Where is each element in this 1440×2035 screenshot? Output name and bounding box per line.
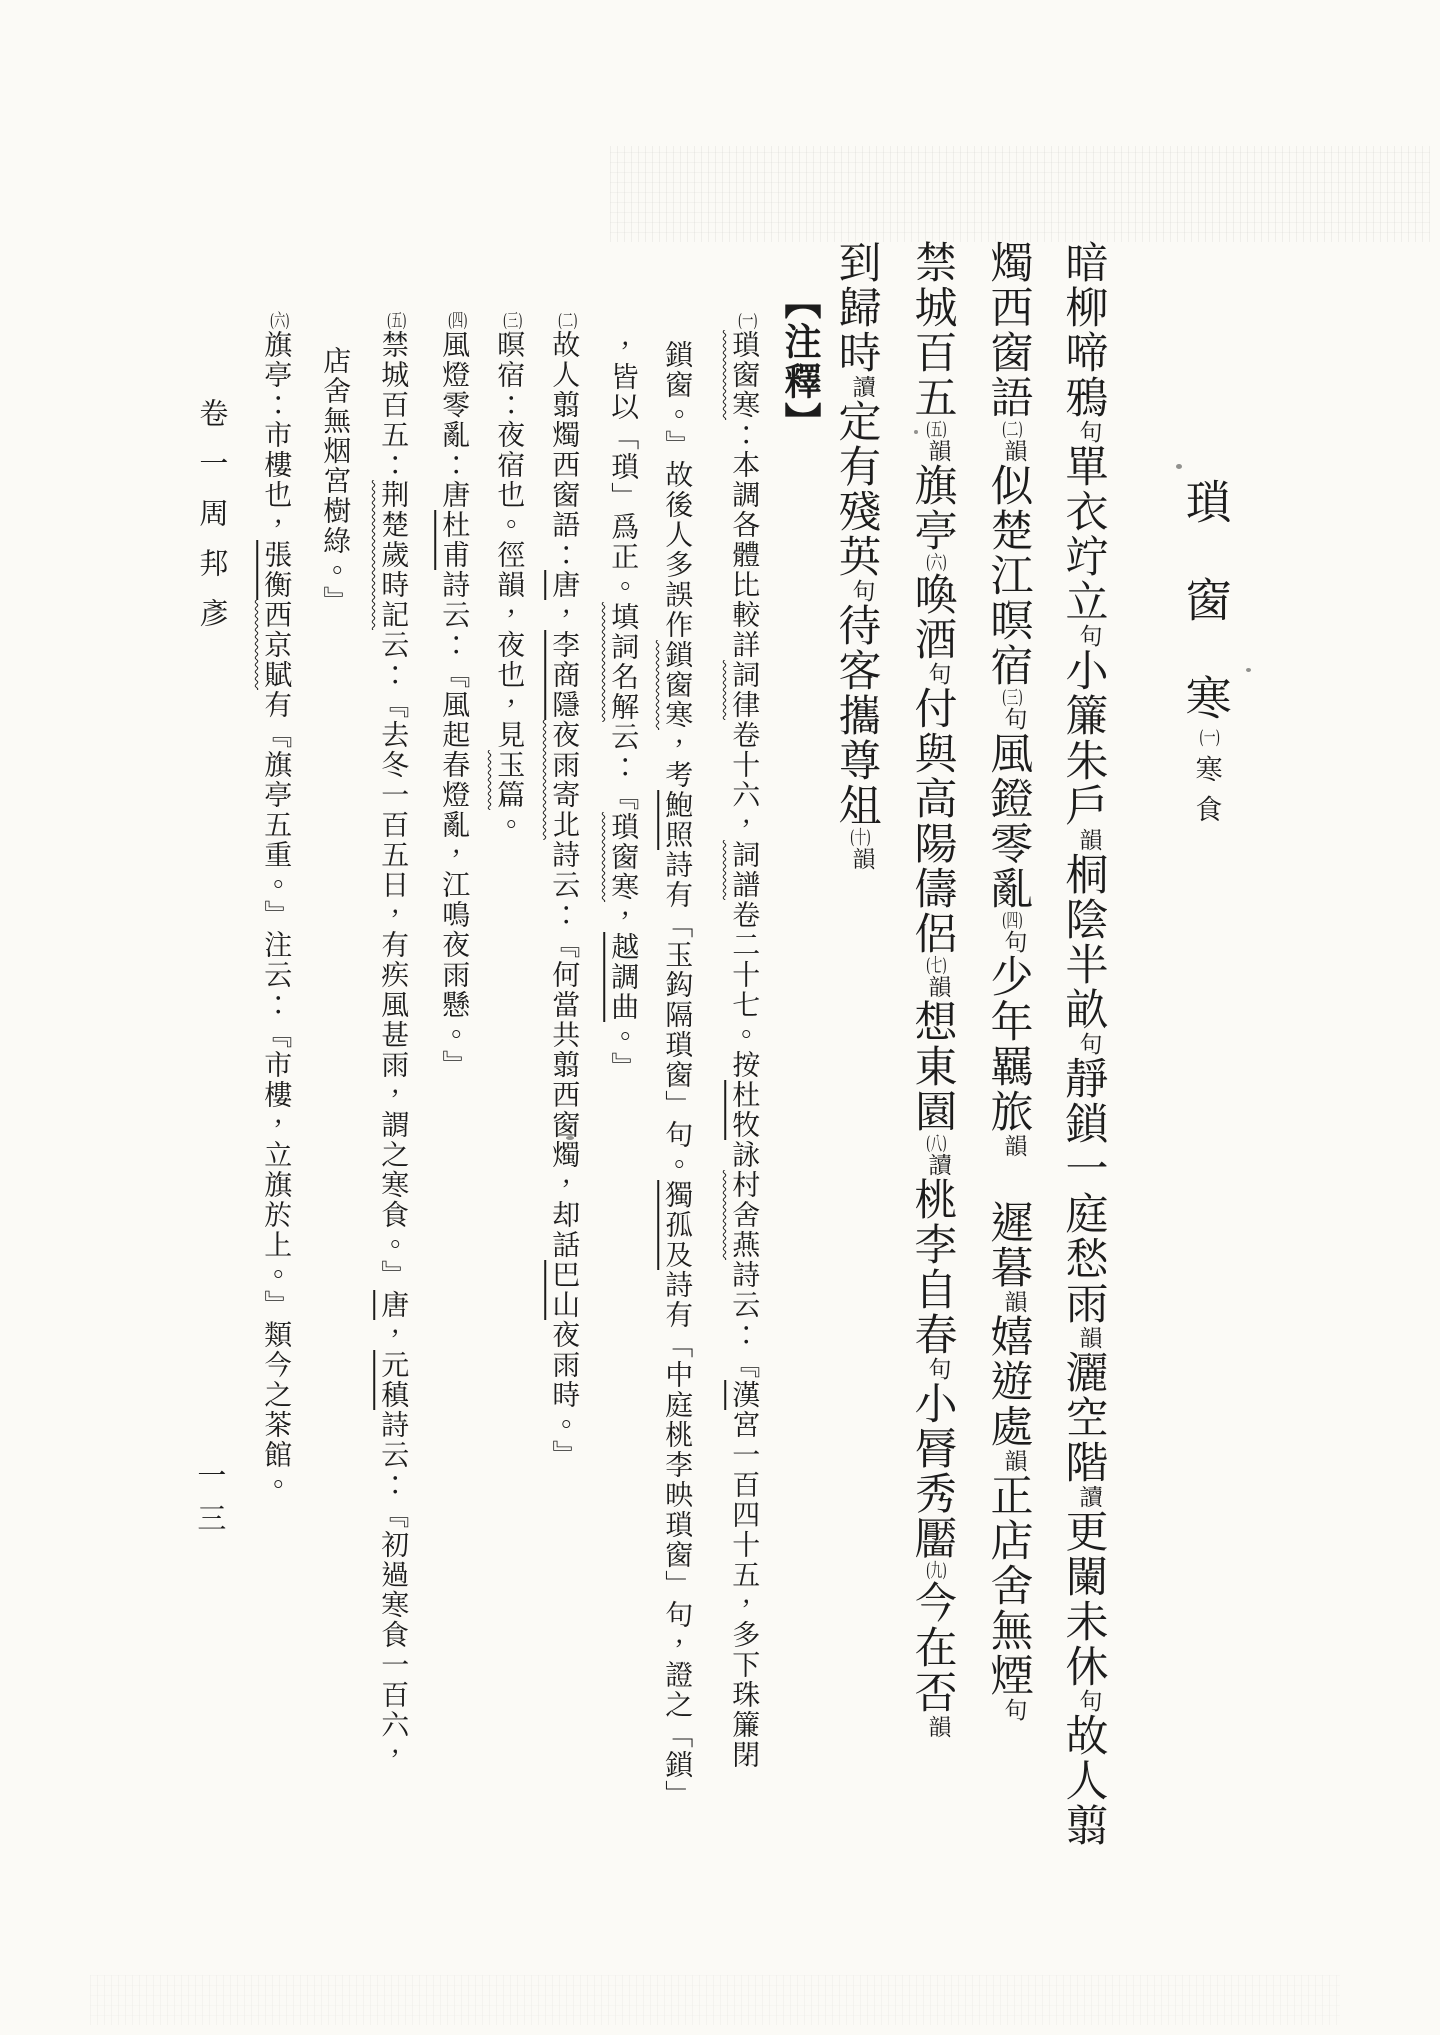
text-run: ， <box>607 902 640 932</box>
text-run: 燭西窗語 <box>983 240 1033 420</box>
footnote-ref: (四) <box>447 312 468 330</box>
text-run: 遲暮 <box>983 1200 1033 1290</box>
note-column-4: (二)故人翦燭西窗語：唐，李商隱夜雨寄北詩云：『何當共翦西窗燭，却話巴山夜雨時。… <box>549 312 579 1470</box>
prosody-annotation: 韻 <box>924 1715 950 1739</box>
note-column-5: (三)暝宿：夜宿也。徑韻，夜也，見玉篇。 <box>494 312 524 840</box>
prosody-annotation: 句 <box>1000 707 1026 731</box>
note-column-3: ，皆以「瑣」爲正。填詞名解云：『瑣窗寒，越調曲。』 <box>608 332 638 1082</box>
text-run: 似楚江暝宿 <box>983 463 1033 688</box>
text-run: 小簾朱戶 <box>1058 648 1108 828</box>
scan-artifact <box>610 146 1430 242</box>
text-run: 風燈零亂：唐 <box>438 330 471 510</box>
proper-name-run: 李商隱 <box>548 630 581 720</box>
text-run: 禁城百五： <box>377 330 410 480</box>
text-run: 風鐙零亂 <box>983 731 1033 911</box>
prosody-annotation: 韻 <box>848 847 874 871</box>
note-column-9: (六)旗亭：市樓也，張衡西京賦有『旗亭五重。』注云：『市樓，立旗於上。』類今之茶… <box>261 312 291 1500</box>
text-run: 今在否 <box>907 1580 957 1715</box>
footnote-ref: (四) <box>1001 911 1023 930</box>
title-footnote-ref: (一) <box>1199 728 1221 747</box>
title-subtitle: 寒食 <box>1191 755 1222 835</box>
author-label: 周邦彥 <box>195 498 229 648</box>
volume-label: 卷一 <box>195 398 229 498</box>
text-run: 店舍無烟宮樹綠。』 <box>319 346 352 616</box>
note-column-2: 鎖窗。』故後人多誤作鎖窗寒，考鮑照詩有「玉鈎隔瑣窗」句。獨孤及詩有「中庭桃李映瑣… <box>662 340 692 1810</box>
text-run: 禁城百五 <box>907 240 957 420</box>
prosody-annotation: 韻 <box>1000 439 1026 463</box>
book-title-run: 詞譜 <box>728 840 761 900</box>
prosody-annotation: 讀 <box>848 375 874 399</box>
text-run: ，皆以「瑣」爲正。 <box>607 332 640 602</box>
text-run: 喚酒 <box>907 572 957 662</box>
text-run: ，考 <box>661 730 694 790</box>
text-run: 到歸時 <box>831 240 881 375</box>
text-run: 故人翦燭西窗語： <box>548 330 581 570</box>
text-run: 嬉遊處 <box>983 1314 1033 1449</box>
proper-name-run: 元稹 <box>377 1350 410 1410</box>
notes-section-header: 【注釋】 <box>779 282 819 442</box>
footnote-ref: (二) <box>557 312 578 330</box>
text-run: 故人翦 <box>1058 1713 1108 1848</box>
prosody-annotation: 讀 <box>1075 1485 1101 1509</box>
proper-name-run: 杜牧 <box>728 1080 761 1140</box>
footnote-ref: (八) <box>925 1134 947 1153</box>
text-run: 待客攜尊俎 <box>831 603 881 828</box>
prosody-annotation: 韻 <box>1000 1134 1026 1158</box>
text-run: 少年羈旅 <box>983 954 1033 1134</box>
proper-name-run: 唐 <box>548 570 581 600</box>
text-run: 宮一百四十五，多下珠簾閉 <box>728 1410 761 1770</box>
proper-name-run: 巴山 <box>548 1260 581 1320</box>
book-title-run: 夜雨寄北 <box>548 720 581 840</box>
book-title-run: 詞律 <box>728 660 761 720</box>
poem-column-3: 禁城百五(五)韻旗亭(六)喚酒句付與高陽儔侶(七)韻想東園(八)讀桃李自春句小脣… <box>909 240 955 1739</box>
text-run: 夜雨時。』 <box>548 1320 581 1470</box>
prosody-annotation: 韻 <box>1075 828 1101 852</box>
footnote-ref: (六) <box>269 312 290 330</box>
text-run: 有『旗亭五重。』注云：『市樓，立旗於上。』類今之茶館。 <box>260 690 293 1500</box>
page-number: 一三 <box>194 1460 225 1546</box>
footnote-ref: (五) <box>386 312 407 330</box>
book-title-run: 瑣窗寒 <box>607 812 640 902</box>
prosody-annotation: 句 <box>1000 930 1026 954</box>
text-run: 想東園 <box>907 999 957 1134</box>
prosody-annotation: 句 <box>1075 420 1101 444</box>
text-run: ：本調各體比較詳 <box>728 420 761 660</box>
text-run: 詩云：『初過寒食一百六， <box>377 1410 410 1770</box>
text-run: 詠 <box>728 1140 761 1170</box>
prosody-annotation: 韻 <box>1000 1449 1026 1473</box>
text-run: 桐陰半畝 <box>1058 852 1108 1032</box>
text-run: 定有殘英 <box>831 399 881 579</box>
footnote-ref: (九) <box>925 1561 947 1580</box>
text-run: 。』 <box>607 1022 640 1082</box>
scan-artifact <box>90 1975 1340 2025</box>
note-column-7: (五)禁城百五：荆楚歲時記云：『去冬一百五日，有疾風甚雨，謂之寒食。』唐，元稹詩… <box>378 312 408 1770</box>
book-title-run: 西京賦 <box>260 600 293 690</box>
page: 瑣窗寒(一)寒食 暗柳啼鴉句單衣竚立句小簾朱戶韻桐陰半畝句靜鎖一庭愁雨韻灑空階讀… <box>0 0 1440 2035</box>
footnote-ref: (一) <box>737 312 758 330</box>
poem-column-4: 到歸時讀定有殘英句待客攜尊俎(十)韻 <box>833 240 879 871</box>
text-run: 旗亭：市樓也， <box>260 330 293 540</box>
footnote-ref: (十) <box>849 828 871 847</box>
footnote-ref: (七) <box>925 956 947 975</box>
proper-name-run: 杜甫 <box>438 510 471 570</box>
text-run: ， <box>377 1320 410 1350</box>
footnote-ref: (二) <box>1001 420 1023 439</box>
prosody-annotation: 句 <box>1075 1032 1101 1056</box>
prosody-annotation: 句 <box>1000 1698 1026 1722</box>
text-run: 付與高陽儔侶 <box>907 686 957 956</box>
text-run: 詩有「玉鈎隔瑣窗」句。 <box>661 850 694 1180</box>
prosody-annotation: 句 <box>924 1357 950 1381</box>
text-run: 。 <box>493 810 526 840</box>
text-run: 靜鎖一庭愁雨 <box>1058 1056 1108 1326</box>
prosody-annotation: 韻 <box>1075 1326 1101 1350</box>
book-title-run: 荆楚歲時記 <box>377 480 410 630</box>
text-run: 詩有「中庭桃李映瑣窗」句，證之「鎖」 <box>661 1270 694 1810</box>
book-title-run: 村舍燕 <box>728 1170 761 1260</box>
text-run: 詩云：『 <box>728 1260 761 1380</box>
note-column-6: (四)風燈零亂：唐杜甫詩云：『風起春燈亂，江鳴夜雨懸。』 <box>439 312 469 1080</box>
prosody-annotation: 句 <box>848 579 874 603</box>
proper-name-run: 獨孤及 <box>661 1180 694 1270</box>
text-run: 正店舍無煙 <box>983 1473 1033 1698</box>
text-run: 詩云：『風起春燈亂，江鳴夜雨懸。』 <box>438 570 471 1080</box>
text-run: 小脣秀靨 <box>907 1381 957 1561</box>
text-run: 云：『 <box>607 722 640 812</box>
proper-name-run: 漢 <box>728 1380 761 1410</box>
text-run: 鎖窗。』故後人多誤作 <box>661 340 694 640</box>
prosody-annotation: 句 <box>1075 624 1101 648</box>
text-run: 卷二十七。按 <box>728 900 761 1080</box>
footnote-ref: (三) <box>502 312 523 330</box>
text-run: 灑空階 <box>1058 1350 1108 1485</box>
poem-column-1: 暗柳啼鴉句單衣竚立句小簾朱戶韻桐陰半畝句靜鎖一庭愁雨韻灑空階讀更闌未休句故人翦 <box>1060 240 1106 1848</box>
footnote-ref: (六) <box>925 553 947 572</box>
gap <box>1007 1158 1009 1200</box>
prosody-annotation: 韻 <box>1000 1290 1026 1314</box>
scan-artifact <box>1176 464 1182 469</box>
text-run: 云：『去冬一百五日，有疾風甚雨，謂之寒食。』 <box>377 630 410 1290</box>
text-run: 更闌未休 <box>1058 1509 1108 1689</box>
text-run: ， <box>548 600 581 630</box>
proper-name-run: 越調曲 <box>607 932 640 1022</box>
text-run: 桃李自春 <box>907 1177 957 1357</box>
note-column-8: 店舍無烟宮樹綠。』 <box>320 346 350 616</box>
proper-name-run: 鮑照 <box>661 790 694 850</box>
proper-name-run: 唐 <box>377 1290 410 1320</box>
text-run: 暝宿：夜宿也。徑韻，夜也，見 <box>493 330 526 750</box>
book-title-run: 玉篇 <box>493 750 526 810</box>
note-column-1: (一)瑣窗寒：本調各體比較詳詞律卷十六，詞譜卷二十七。按杜牧詠村舍燕詩云：『漢宮… <box>729 312 759 1770</box>
prosody-annotation: 韻 <box>924 439 950 463</box>
book-title-run: 鎖窗寒 <box>661 640 694 730</box>
text-run: 旗亭 <box>907 463 957 553</box>
footnote-ref: (三) <box>1001 688 1023 707</box>
book-title-run: 填詞名解 <box>607 602 640 722</box>
footnote-ref: (五) <box>925 420 947 439</box>
poem-column-2: 燭西窗語(二)韻似楚江暝宿(三)句風鐙零亂(四)句少年羈旅韻遲暮韻嬉遊處韻正店舍… <box>985 240 1031 1722</box>
proper-name-run: 張衡 <box>260 540 293 600</box>
prosody-annotation: 韻 <box>924 975 950 999</box>
text-run: 詩云：『何當共翦西窗燭，却話 <box>548 840 581 1260</box>
text-run: 暗柳啼鴉 <box>1058 240 1108 420</box>
text-run: 單衣竚立 <box>1058 444 1108 624</box>
prosody-annotation: 句 <box>924 662 950 686</box>
book-title-run: 瑣窗寒 <box>728 330 761 420</box>
poem-title: 瑣窗寒(一)寒食 <box>1180 478 1230 835</box>
scan-artifact <box>1246 668 1251 672</box>
text-run: 卷十六， <box>728 720 761 840</box>
volume-author-label: 卷一周邦彥 <box>196 398 227 648</box>
prosody-annotation: 讀 <box>924 1153 950 1177</box>
prosody-annotation: 句 <box>1075 1689 1101 1713</box>
